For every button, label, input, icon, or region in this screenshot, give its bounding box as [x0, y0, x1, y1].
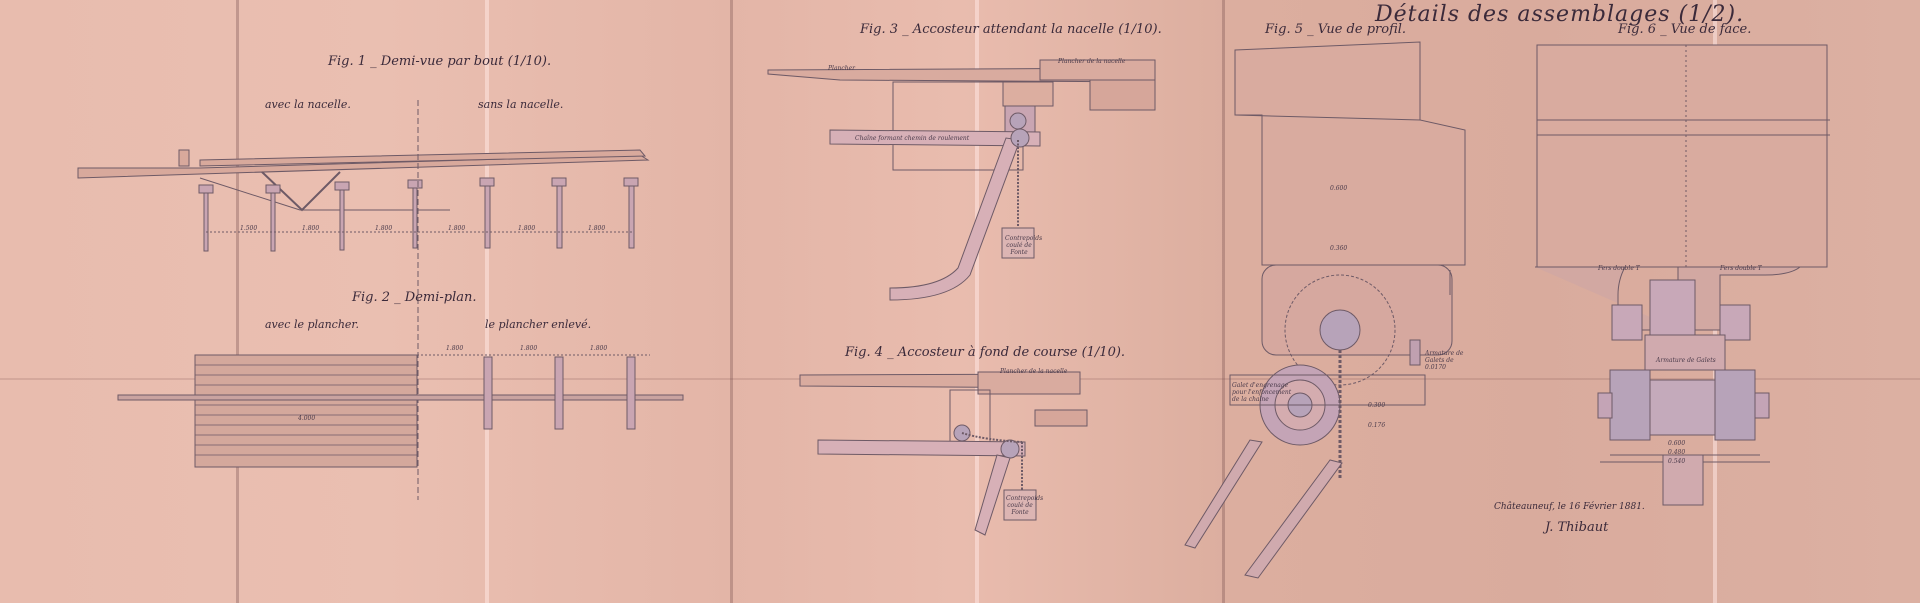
signature: J. Thibaut: [1545, 520, 1608, 535]
fig4-title: Fig. 4 _ Accosteur à fond de course (1/1…: [845, 345, 1125, 360]
fig6-dim: 0.540: [1668, 458, 1685, 465]
fig1-dim: 1.500: [240, 225, 257, 232]
fig3-platform-label: Plancher: [828, 65, 855, 72]
fig1-dim: 1.800: [302, 225, 319, 232]
fig3-accosteur: [768, 60, 1155, 300]
fig6-dim: 0.600: [1668, 440, 1685, 447]
fig5-profile: [1185, 42, 1465, 578]
fig6-right-label: Fers double T: [1720, 265, 1762, 272]
fig1-right-caption: sans la nacelle.: [478, 98, 563, 111]
fig3-arm-label: Chaîne formant chemin de roulement: [855, 135, 969, 142]
fig1-dim: 1.800: [448, 225, 465, 232]
fig2-span: 4.000: [298, 415, 315, 422]
fig6-dim: 0.480: [1668, 449, 1685, 456]
fig6-left-label: Fers double T: [1598, 265, 1640, 272]
fig4-counterweight-label: Contrepoids coulé de Fonte: [1006, 495, 1034, 516]
fig2-dim: 1.800: [446, 345, 463, 352]
blueprint-sheet: Fig. 1 _ Demi-vue par bout (1/10). avec …: [0, 0, 1920, 603]
fig5-dim: 0.360: [1330, 245, 1347, 252]
place-date: Châteauneuf, le 16 Février 1881.: [1494, 502, 1645, 512]
fig4-accosteur: [800, 372, 1087, 535]
fig5-sleeve-label: Armature de Galets de 0.0170: [1425, 350, 1465, 371]
technical-drawing: [0, 0, 1920, 603]
fig1-dim: 1.800: [375, 225, 392, 232]
fig1-dim: 1.800: [518, 225, 535, 232]
fig5-title: Fig. 5 _ Vue de profil.: [1265, 22, 1406, 37]
fig3-title: Fig. 3 _ Accosteur attendant la nacelle …: [860, 22, 1162, 37]
fig6-front: [1535, 45, 1830, 505]
fig3-counterweight-label: Contrepoids coulé de Fonte: [1005, 235, 1033, 256]
fig1-left-caption: avec la nacelle.: [265, 98, 351, 111]
fig1-title: Fig. 1 _ Demi-vue par bout (1/10).: [328, 54, 551, 69]
fig1-dim: 1.800: [588, 225, 605, 232]
fig5-dim: 0.176: [1368, 422, 1385, 429]
fig3-nacelle-label: Plancher de la nacelle: [1058, 58, 1125, 65]
fig2-dim: 1.800: [520, 345, 537, 352]
fig4-nacelle-label: Plancher de la nacelle: [1000, 368, 1067, 375]
fig2-half-plan: [118, 355, 683, 467]
fig6-title: Fig. 6 _ Vue de face.: [1618, 22, 1751, 37]
fig5-guide-label: Galet d'engrenage pour l'enfoncement de …: [1232, 382, 1292, 403]
fig2-title: Fig. 2 _ Demi-plan.: [352, 290, 477, 305]
fig5-dim: 0.300: [1368, 402, 1385, 409]
fig2-dim: 1.800: [590, 345, 607, 352]
fig2-left-caption: avec le plancher.: [265, 318, 359, 331]
fig6-center-label: Armature de Galets: [1656, 357, 1716, 364]
fig2-right-caption: le plancher enlevé.: [485, 318, 591, 331]
fig5-dim: 0.600: [1330, 185, 1347, 192]
